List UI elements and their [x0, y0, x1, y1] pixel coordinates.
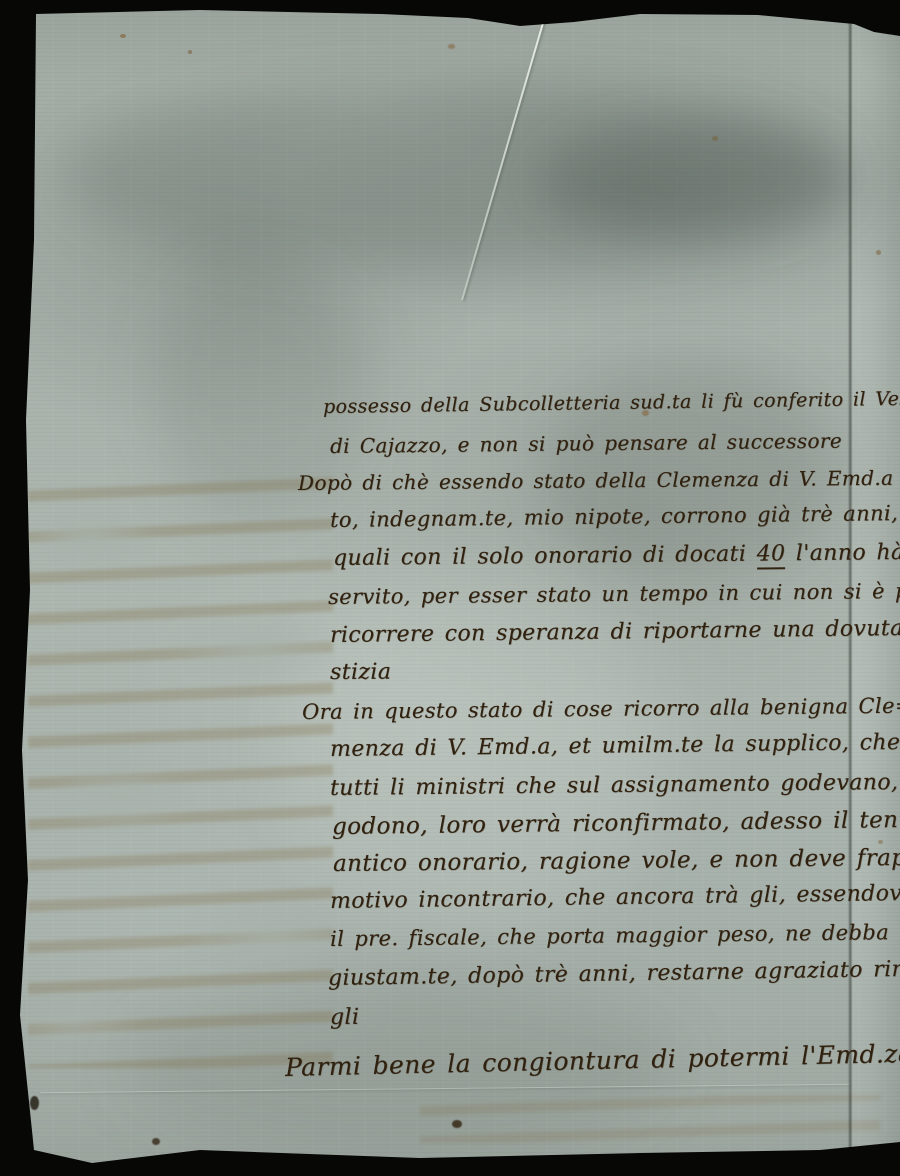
manuscript-line: antico onorario, ragione vole, e non dev…: [333, 845, 900, 877]
manuscript-page: possesso della Subcolletteria sud.ta li …: [0, 0, 900, 1176]
manuscript-text-segment: Dopò di chè essendo stato della Clemenza…: [298, 465, 900, 495]
manuscript-line: il pre. fiscale, che porta maggior peso,…: [330, 920, 900, 951]
manuscript-line: giustam.te, dopò trè anni, restarne agra…: [328, 957, 900, 991]
manuscript-line: Ora in questo stato di cose ricorro alla…: [302, 694, 900, 724]
manuscript-line: tutti li ministri che sul assignamento g…: [330, 770, 900, 801]
manuscript-text-segment: Ora in questo stato di cose ricorro alla…: [302, 694, 900, 724]
photo-background: possesso della Subcolletteria sud.ta li …: [0, 0, 900, 1176]
manuscript-text-segment: to, indegnam.te, mio nipote, corrono già…: [330, 501, 900, 532]
manuscript-line: menza di V. Emd.a, et umilm.te la suppli…: [330, 729, 900, 762]
manuscript-line: Dopò di chè essendo stato della Clemenza…: [298, 465, 900, 495]
manuscript-text-segment: ricorrere con speranza di riportarne una…: [330, 615, 900, 648]
manuscript-line: di Cajazzo, e non si può pensare al succ…: [330, 429, 842, 458]
manuscript-line: gli: [330, 1005, 360, 1030]
manuscript-line: stizia: [330, 660, 391, 685]
manuscript-text-segment: tutti li ministri che sul assignamento g…: [330, 770, 900, 801]
manuscript-text-segment: gli: [330, 1005, 360, 1030]
manuscript-text-segment: servito, per esser stato un tempo in cui…: [328, 578, 900, 609]
manuscript-text-segment: quali con il solo onorario di docati: [333, 542, 757, 571]
letter-text: possesso della Subcolletteria sud.ta li …: [0, 0, 900, 1176]
manuscript-text-segment: il pre. fiscale, che porta maggior peso,…: [330, 920, 900, 951]
manuscript-text-segment: godono, loro verrà riconfirmato, adesso …: [332, 806, 900, 840]
manuscript-line: to, indegnam.te, mio nipote, corrono già…: [330, 501, 900, 532]
manuscript-text-segment: stizia: [330, 660, 391, 685]
manuscript-line: godono, loro verrà riconfirmato, adesso …: [332, 806, 900, 840]
manuscript-text-segment: antico onorario, ragione vole, e non dev…: [333, 845, 900, 877]
manuscript-line: possesso della Subcolletteria sud.ta li …: [323, 387, 900, 418]
manuscript-text-segment: motivo incontrario, che ancora trà gli, …: [330, 881, 900, 914]
manuscript-text-segment: possesso della Subcolletteria sud.ta li …: [323, 387, 900, 418]
manuscript-line: servito, per esser stato un tempo in cui…: [328, 578, 900, 609]
manuscript-line: motivo incontrario, che ancora trà gli, …: [330, 881, 900, 914]
manuscript-text-segment: l'anno hà: [785, 540, 900, 566]
manuscript-text-segment: Parmi bene la congiontura di potermi l'E…: [285, 1037, 900, 1082]
manuscript-text-segment: menza di V. Emd.a, et umilm.te la suppli…: [330, 729, 900, 762]
manuscript-text-segment: giustam.te, dopò trè anni, restarne agra…: [328, 957, 900, 991]
manuscript-line: quali con il solo onorario di docati 40 …: [333, 540, 900, 571]
manuscript-line: ricorrere con speranza di riportarne una…: [330, 615, 900, 648]
manuscript-line: Parmi bene la congiontura di potermi l'E…: [285, 1037, 900, 1082]
manuscript-text-segment: di Cajazzo, e non si può pensare al succ…: [330, 429, 842, 458]
underlined-amount: 40: [757, 541, 786, 569]
